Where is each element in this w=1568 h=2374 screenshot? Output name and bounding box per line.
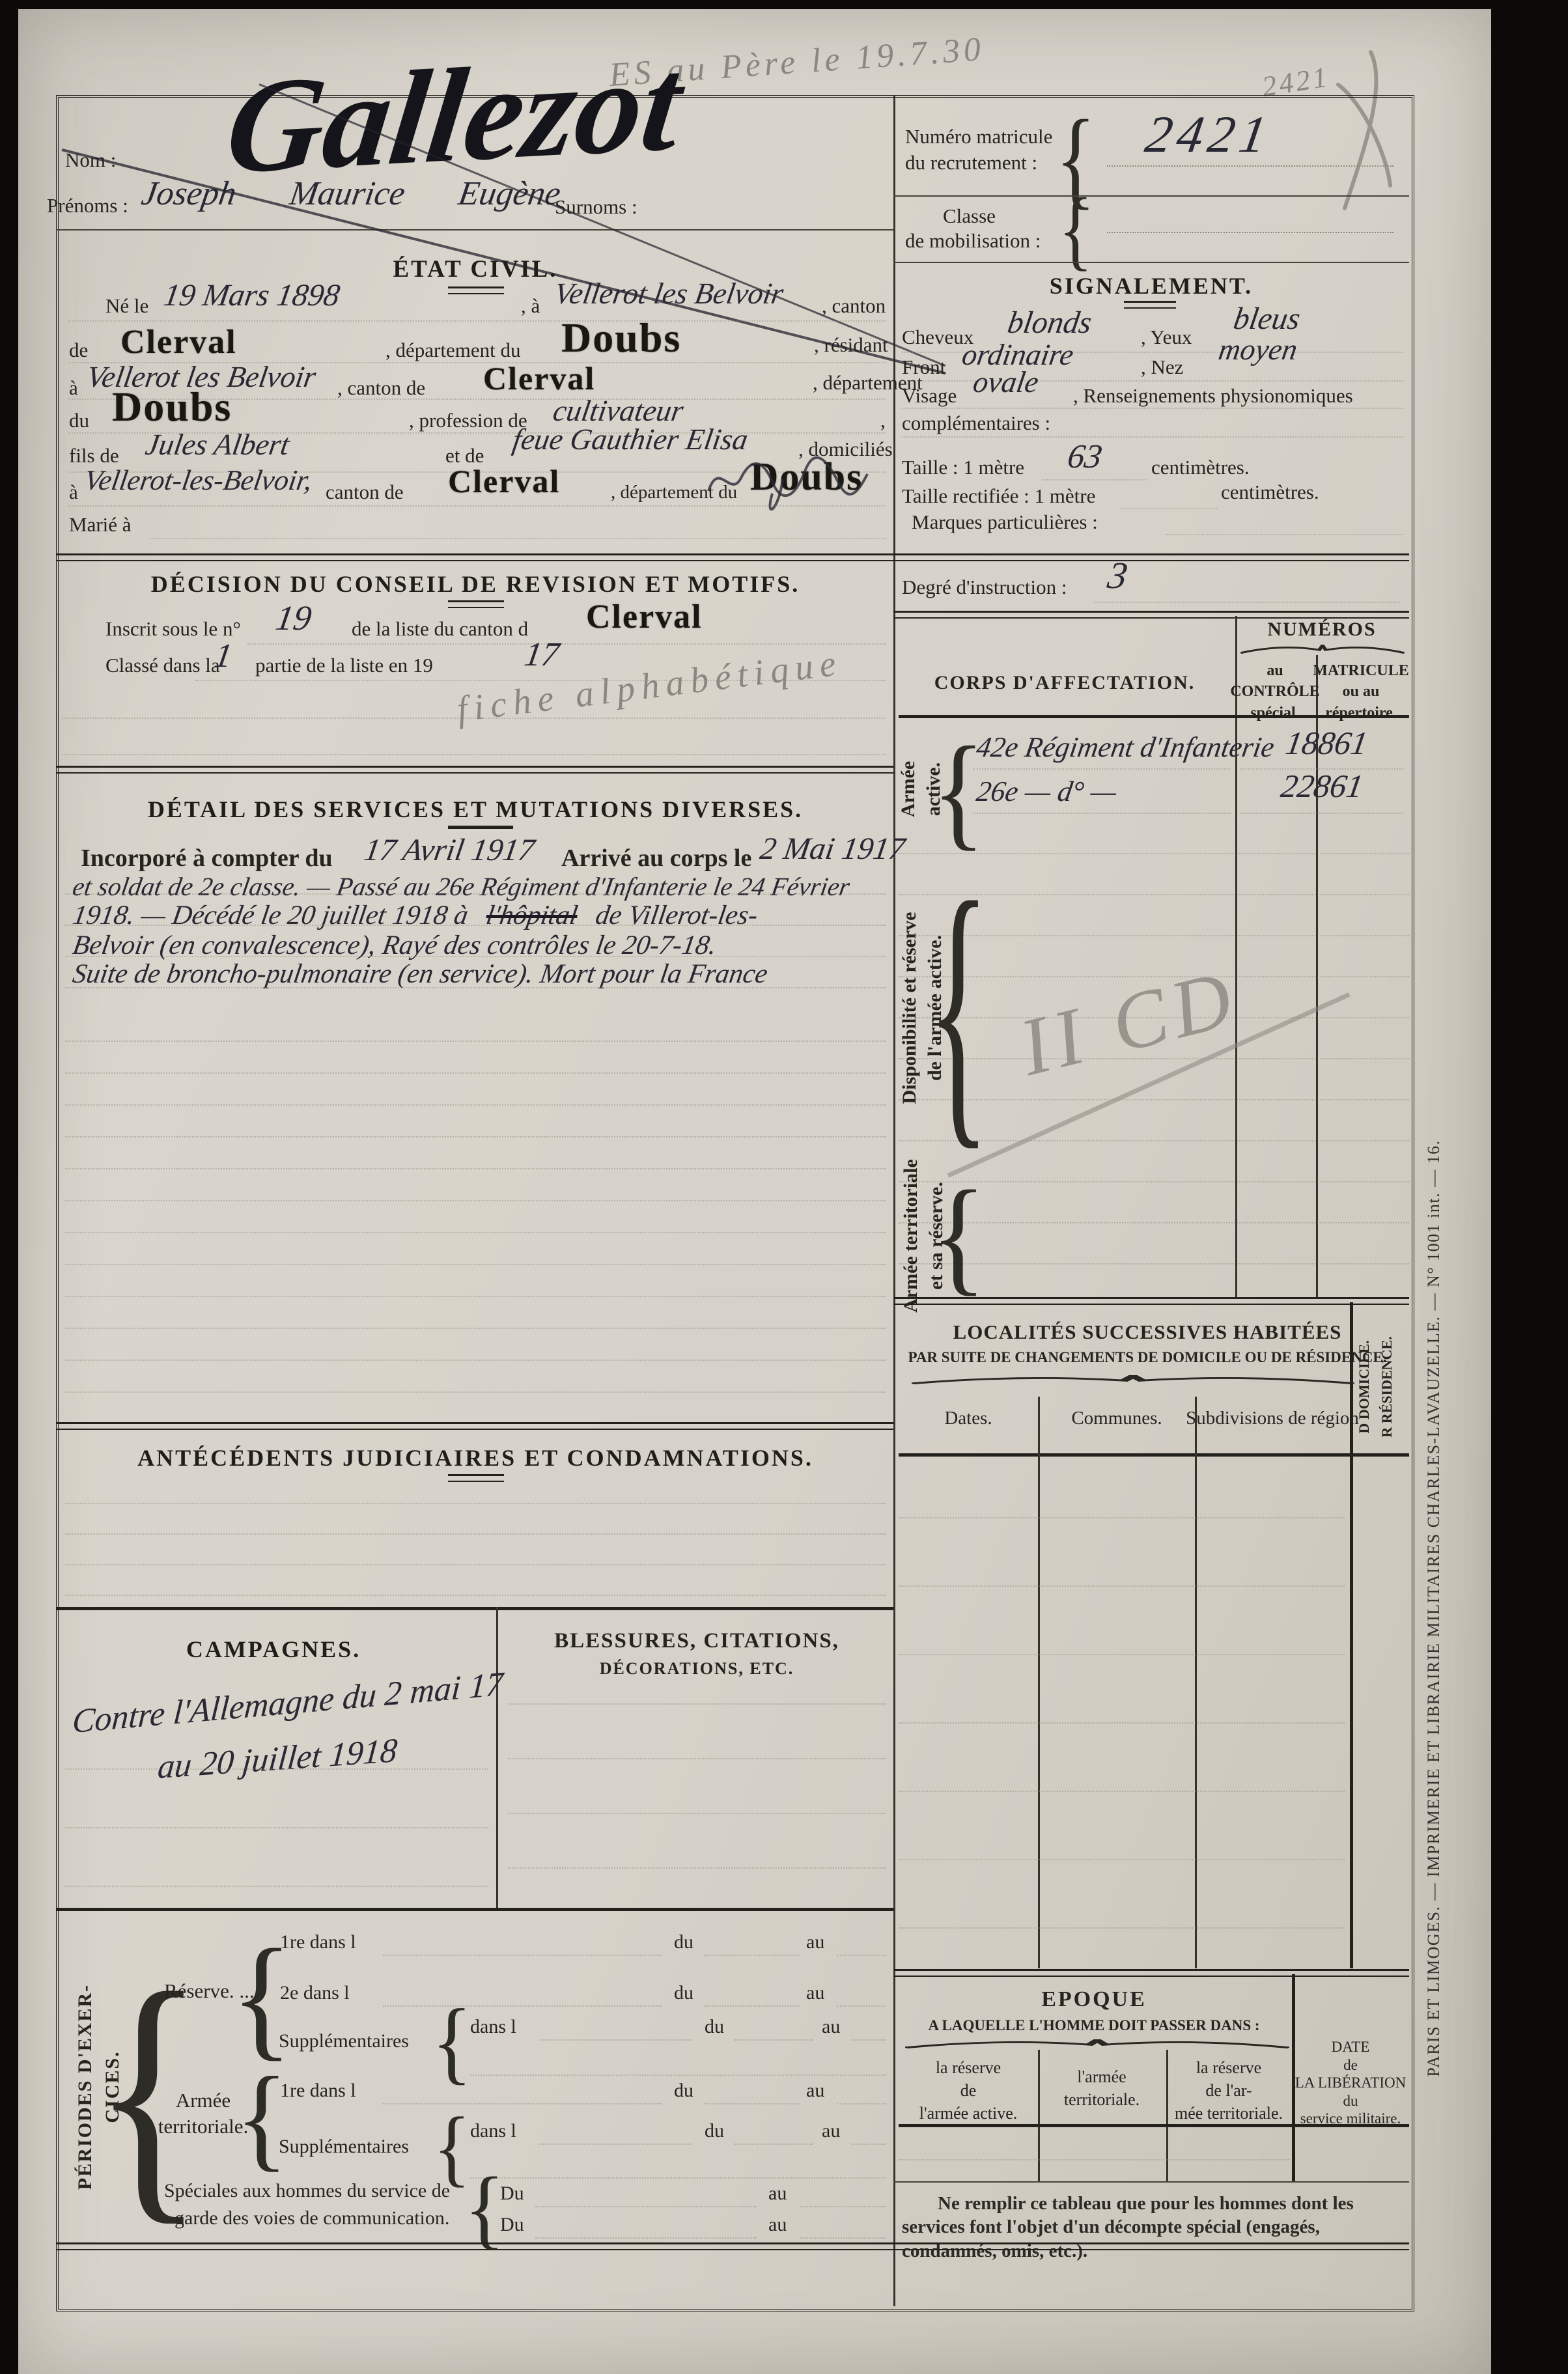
header-underline	[899, 2124, 1409, 2127]
imprint: PARIS ET LIMOGES. — IMPRIMERIE ET LIBRAI…	[1424, 1139, 1444, 2076]
dotted-line	[65, 893, 886, 895]
canton-stamp: Clerval	[483, 359, 595, 397]
supplementaires-label: Supplémentaires	[279, 2136, 409, 2158]
dotted-line	[383, 2005, 662, 2007]
au-label: au	[806, 1931, 824, 1953]
antecedents-title: ANTÉCÉDENTS JUDICIAIRES ET CONDAMNATIONS…	[137, 1444, 813, 1472]
dotted-line	[62, 718, 886, 719]
a2-label: à	[69, 376, 78, 400]
dotted-line	[68, 505, 886, 507]
dotted-line	[539, 2039, 692, 2041]
header-underline	[899, 715, 1409, 718]
dotted-line	[902, 408, 1403, 409]
rule	[893, 2181, 1409, 2183]
dotted-line	[800, 2206, 886, 2207]
section-rule	[56, 1607, 893, 1610]
dotted-line	[508, 1703, 886, 1705]
liste-label: de la liste du canton d	[352, 617, 528, 641]
dotted-line	[705, 1955, 799, 1956]
dotted-line	[899, 1859, 1345, 1860]
corps-row-unit: 42e Régiment d'Infanterie	[974, 731, 1277, 764]
supplementaires-label: Supplémentaires	[279, 2030, 409, 2052]
services-line: Suite de broncho-pulmonaire (en service)…	[70, 958, 770, 990]
localites-subtitle: PAR SUITE DE CHANGEMENTS DE DOMICILE OU …	[908, 1349, 1386, 1366]
dotted-line	[705, 2005, 799, 2007]
cheveux-value: blonds	[1005, 305, 1095, 341]
column-divider	[496, 1607, 498, 1910]
col-subdivisions-header: Subdivisions de région	[1186, 1408, 1359, 1429]
dotted-line	[65, 987, 886, 988]
visage-label: Visage	[902, 384, 957, 408]
signalement-title: SIGNALEMENT.	[1050, 272, 1253, 300]
title-dash	[1124, 301, 1176, 309]
du-label: du	[674, 1931, 693, 1953]
dotted-line	[65, 1768, 488, 1770]
yeux-label: , Yeux	[1141, 326, 1192, 349]
a3-label: à	[69, 481, 78, 504]
table-divider	[1166, 2050, 1168, 2183]
overbrace	[1240, 645, 1405, 654]
dotted-line	[65, 1104, 886, 1106]
birth-place: Vellerot les Belvoir	[552, 276, 786, 311]
services-line-part: 1918. — Décédé le 20 juillet 1918 à	[70, 900, 470, 931]
dotted-line	[837, 2005, 886, 2007]
dotted-line	[65, 1886, 488, 1887]
dans-l-label: dans l	[470, 2120, 516, 2142]
blessures-title-line2: DÉCORATIONS, ETC.	[600, 1659, 794, 1679]
front-label: Front	[902, 356, 945, 379]
cm2-label: centimètres.	[1221, 481, 1319, 504]
dotted-line	[705, 2103, 799, 2104]
instruction-label: Degré d'instruction :	[902, 576, 1067, 599]
dotted-line	[852, 2039, 886, 2041]
matricule-value: 2421	[1141, 105, 1276, 165]
section-rule	[893, 1969, 1409, 1977]
dotted-line	[1094, 602, 1400, 603]
taille-value: 63	[1065, 438, 1104, 476]
campagnes-title: CAMPAGNES.	[186, 1636, 361, 1663]
du-label: du	[674, 1982, 693, 2004]
numeros-header: NUMÉROS	[1267, 619, 1376, 641]
dotted-line	[1120, 508, 1218, 509]
speciales-label-line1: Spéciales aux hommes du service de	[164, 2180, 450, 2202]
dotted-line	[65, 1391, 886, 1393]
matricule-label-line2: du recrutement :	[905, 151, 1037, 175]
nez-label: , Nez	[1141, 356, 1183, 379]
ne-le-label: Né le	[105, 294, 148, 318]
prenoms-label: Prénoms :	[47, 194, 128, 217]
dotted-line	[973, 768, 1231, 770]
epoque-col2-header: l'armée territoriale.	[1064, 2065, 1140, 2111]
rule	[893, 262, 1409, 263]
dotted-line	[65, 1296, 886, 1297]
dotted-line	[383, 2103, 662, 2104]
section-rule	[56, 1908, 893, 1911]
nez-value: moyen	[1216, 332, 1300, 367]
dotted-line	[65, 1827, 488, 1828]
brace: {	[931, 1171, 987, 1300]
brace: {	[927, 859, 990, 1159]
speciales-label-line2: garde des voies de communication.	[175, 2207, 449, 2229]
matricule-col-header: MATRICULE ou au répertoire.	[1313, 660, 1409, 723]
corps-row-matricule: 22861	[1278, 767, 1365, 805]
dotted-line	[65, 1168, 886, 1169]
dotted-line	[973, 813, 1231, 814]
table-divider	[1292, 1974, 1295, 2183]
brace: {	[932, 727, 985, 855]
dotted-line	[735, 2144, 813, 2145]
brace: {	[235, 2060, 288, 2176]
dotted-line	[247, 643, 886, 645]
au-label: au	[806, 2080, 824, 2102]
services-line: et soldat de 2e classe. — Passé au 26e R…	[70, 871, 852, 902]
col-domicile-residence-header: D DOMICILE. R RÉSIDENCE.	[1352, 1336, 1398, 1437]
birth-date: 19 Mars 1898	[161, 277, 343, 313]
au-label: au	[822, 2120, 840, 2142]
section-rule	[56, 1422, 893, 1430]
section-rule	[56, 553, 1409, 561]
inscrit-numero: 19	[273, 598, 315, 638]
dotted-line	[508, 1813, 886, 1814]
dotted-line	[65, 1072, 886, 1074]
brace: {	[1059, 184, 1093, 274]
reserve-1re-label: 1re dans l	[280, 1931, 356, 1953]
services-title: DÉTAIL DES SERVICES ET MUTATIONS DIVERSE…	[148, 796, 803, 823]
yeux-value: bleus	[1231, 301, 1303, 337]
canton-stamp: Clerval	[586, 598, 703, 636]
arrive-date: 2 Mai 1917	[758, 831, 908, 867]
classe-label-line2: de mobilisation :	[905, 229, 1041, 253]
renseignements-label: , Renseignements physionomiques	[1073, 384, 1353, 408]
dotted-line	[1240, 813, 1403, 814]
dotted-line	[65, 1264, 886, 1265]
header-underline	[899, 1453, 1409, 1457]
table-divider	[1195, 1397, 1197, 1968]
reserve-2e-label: 2e dans l	[280, 1982, 350, 2004]
cm-label: centimètres.	[1151, 456, 1250, 479]
services-line-part: de Villerot-les-	[593, 900, 760, 931]
dotted-line	[68, 320, 886, 322]
au-label: au	[806, 1982, 824, 2004]
annee-value: 17	[522, 635, 561, 674]
title-dash	[448, 286, 504, 294]
cheveux-label: Cheveux	[902, 326, 973, 349]
canton-de-label: , canton de	[337, 376, 425, 400]
title-dash	[448, 1474, 504, 1482]
surnoms-label: Surnoms :	[555, 195, 637, 219]
father-name: Jules Albert	[143, 427, 292, 462]
dotted-line	[837, 1955, 886, 1956]
dotted-line	[535, 2237, 757, 2239]
matricule-label-line1: Numéro matricule	[905, 125, 1052, 148]
residant-label: , résidant	[814, 333, 888, 357]
dotted-line	[1107, 232, 1393, 233]
du-label: du	[69, 409, 89, 432]
blessures-title-line1: BLESSURES, CITATIONS,	[554, 1629, 839, 1653]
au-label: au	[768, 2214, 787, 2236]
partie-label: partie de la liste en 19	[255, 654, 433, 677]
dotted-line	[470, 2074, 886, 2076]
dotted-line	[899, 1654, 1345, 1655]
dotted-line	[65, 1232, 886, 1233]
dotted-line	[535, 2206, 757, 2207]
dotted-line	[470, 2177, 886, 2179]
incorpore-date: 17 Avril 1917	[362, 832, 537, 868]
dotted-line	[735, 2039, 813, 2041]
dotted-line	[65, 1360, 886, 1361]
rule	[893, 195, 1409, 197]
section-rule	[893, 1297, 1409, 1305]
dotted-line	[902, 436, 1403, 438]
military-register-sheet: ES au Père le 19.7.30 2421 Nom : Gallezo…	[0, 0, 1568, 2374]
overbrace	[905, 2039, 1289, 2048]
dotted-line	[65, 1200, 886, 1201]
canton-de2-label: canton de	[326, 481, 404, 504]
de-label: de	[69, 339, 88, 362]
canton-stamp: Clerval	[120, 323, 237, 361]
comma: ,	[880, 409, 886, 432]
visage-value: ovale	[971, 365, 1041, 399]
au-label: au	[768, 2183, 787, 2205]
rule	[56, 229, 893, 230]
table-divider	[1038, 1397, 1040, 1968]
a-label: , à	[521, 294, 540, 318]
bottom-rule	[56, 2242, 1409, 2250]
departement-du-label: , département du	[385, 339, 520, 362]
incorpore-label: Incorporé à compter du	[81, 844, 333, 873]
services-line: 1918. — Décédé le 20 juillet 1918 à l'hô…	[73, 900, 758, 931]
dotted-line	[899, 2159, 1289, 2160]
marie-a-label: Marié à	[69, 513, 132, 537]
epoque-col1-header: la réserve de l'armée active.	[919, 2056, 1017, 2125]
dotted-line	[1042, 479, 1146, 481]
title-dash	[448, 600, 504, 608]
epoque-title: EPOQUE	[1041, 1987, 1147, 2012]
title-dash	[448, 826, 513, 829]
epoque-subtitle: A LAQUELLE L'HOMME DOIT PASSER DANS :	[928, 2017, 1259, 2034]
departement-stamp: Doubs	[561, 314, 681, 362]
dotted-line	[837, 2103, 886, 2104]
du-label: du	[674, 2080, 693, 2102]
canton-label: , canton	[822, 294, 886, 318]
epoque-col3-header: la réserve de l'ar- mée territoriale.	[1175, 2056, 1283, 2125]
dans-l-label: dans l	[470, 2016, 516, 2038]
profession-de-label: , profession de	[409, 409, 527, 432]
dotted-line	[852, 2144, 886, 2145]
corps-row-unit: 26e — d° —	[974, 775, 1119, 808]
au-label: au	[822, 2016, 840, 2038]
corps-header: CORPS D'AFFECTATION.	[934, 672, 1196, 694]
dotted-line	[1107, 165, 1393, 167]
territoriale-1re-label: 1re dans l	[280, 2080, 356, 2102]
col-communes-header: Communes.	[1071, 1408, 1162, 1429]
prenoms-value: Joseph Maurice Eugène	[139, 175, 563, 213]
dotted-line	[383, 1955, 662, 1956]
du-label: du	[705, 2016, 724, 2038]
dotted-line	[150, 538, 886, 539]
dotted-line	[65, 1533, 886, 1535]
etat-civil-title: ÉTAT CIVIL.	[393, 255, 557, 283]
decision-title: DÉCISION DU CONSEIL DE REVISION ET MOTIF…	[151, 570, 800, 598]
dotted-line	[65, 1040, 886, 1042]
dotted-line	[800, 2237, 886, 2239]
domicile-value: Vellerot-les-Belvoir,	[82, 464, 315, 497]
classe-label-line1: Classe	[943, 204, 996, 228]
dotted-line	[899, 1585, 1345, 1587]
dotted-line	[65, 925, 886, 926]
dotted-line	[1166, 534, 1403, 535]
brace: {	[464, 2164, 505, 2254]
controle-header: au CONTRÔLE spécial.	[1230, 660, 1319, 723]
col-dates-header: Dates.	[944, 1408, 992, 1429]
localites-title: LOCALITÉS SUCCESSIVES HABITÉES	[953, 1320, 1342, 1344]
dotted-line	[508, 1867, 886, 1869]
brace: {	[432, 1996, 472, 2089]
dotted-line	[65, 1136, 886, 1138]
du-label: Du	[500, 2183, 524, 2205]
table-divider	[1350, 1302, 1353, 1968]
dotted-line	[899, 1791, 1345, 1792]
dotted-line	[65, 1503, 886, 1504]
ink-scribble	[705, 451, 874, 522]
dotted-line	[65, 956, 886, 957]
dotted-line	[62, 754, 886, 755]
table-divider	[1038, 2050, 1040, 2183]
dotted-line	[65, 1328, 886, 1329]
dotted-line	[65, 1595, 886, 1596]
dotted-line	[899, 1927, 1345, 1929]
rule	[893, 611, 1409, 619]
dotted-line	[508, 1758, 886, 1759]
epoque-col4-header: DATE de LA LIBÉRATION du service militai…	[1295, 2038, 1407, 2128]
du-label: Du	[500, 2214, 524, 2236]
corps-row-matricule: 18861	[1283, 724, 1370, 762]
complementaires-label: complémentaires :	[902, 412, 1050, 435]
taille-rect-label: Taille rectifiée : 1 mètre	[902, 484, 1095, 508]
departement-stamp: Doubs	[112, 383, 232, 431]
dotted-line	[539, 2144, 692, 2145]
classe-dans-label: Classé dans la	[105, 654, 220, 677]
dotted-line	[899, 1517, 1345, 1518]
overbrace	[912, 1375, 1354, 1384]
services-struck-word: l'hôpital	[484, 900, 580, 931]
marques-label: Marques particulières :	[912, 510, 1098, 534]
dotted-line	[899, 1722, 1345, 1724]
epoque-note: Ne remplir ce tableau que pour les homme…	[902, 2192, 1405, 2263]
taille-label: Taille : 1 mètre	[902, 456, 1024, 479]
dotted-line	[65, 1564, 886, 1565]
arrive-label: Arrivé au corps le	[561, 844, 751, 873]
section-rule	[56, 766, 893, 774]
canton-stamp: Clerval	[448, 462, 560, 500]
du-label: du	[705, 2120, 724, 2142]
